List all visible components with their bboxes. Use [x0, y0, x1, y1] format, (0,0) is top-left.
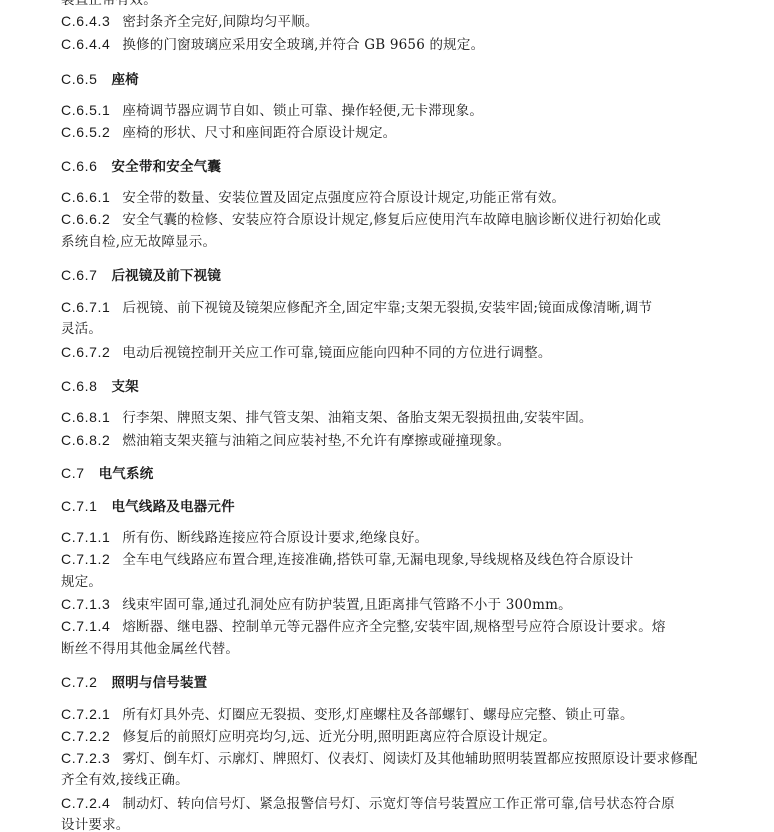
- clause-number: C.7.2.2: [61, 728, 110, 744]
- clause-c712-continuation: 规定。: [61, 573, 721, 591]
- clause-c711: C.7.1.1所有伤、断线路连接应符合原设计要求,绝缘良好。: [61, 528, 721, 547]
- clause-text: 线束牢固可靠,通过孔洞处应有防护装置,且距离排气管路不小于 300mm。: [122, 597, 571, 613]
- clause-number: C.7.1.4: [61, 618, 110, 634]
- clause-c721: C.7.2.1所有灯具外壳、灯圈应无裂损、变形,灯座螺柱及各部螺钉、螺母应完整、…: [61, 705, 721, 724]
- section-title: 支架: [111, 379, 138, 395]
- clause-text: 全车电气线路应布置合理,连接准确,搭铁可靠,无漏电现象,导线规格及线色符合原设计: [122, 552, 633, 568]
- clause-number: C.6.7.2: [61, 344, 110, 360]
- clause-text: 安全带的数量、安装位置及固定点强度应符合原设计规定,功能正常有效。: [122, 190, 565, 206]
- clause-c723: C.7.2.3雾灯、倒车灯、示廓灯、牌照灯、仪表灯、阅读灯及其他辅助照明装置都应…: [61, 749, 721, 768]
- clause-text: 安全气囊的检修、安装应符合原设计规定,修复后应使用汽车故障电脑诊断仪进行初始化或: [122, 212, 661, 228]
- section-number: C.6.7: [61, 267, 97, 283]
- clause-number: C.6.5.1: [61, 102, 110, 118]
- clause-text: 换修的门窗玻璃应采用安全玻璃,并符合 GB 9656 的规定。: [122, 37, 484, 53]
- clause-number: C.6.4.4: [61, 36, 110, 52]
- heading-c65: C.6.5座椅: [61, 70, 721, 89]
- clause-c671: C.6.7.1后视镜、前下视镜及镜架应修配齐全,固定牢靠;支架无裂损,安装牢固;…: [61, 298, 721, 317]
- clause-c722: C.7.2.2修复后的前照灯应明亮均匀,远、近光分明,照明距离应符合原设计规定。: [61, 727, 721, 746]
- clause-text: 制动灯、转向信号灯、紧急报警信号灯、示宽灯等信号装置应工作正常可靠,信号状态符合…: [122, 796, 675, 812]
- clause-number: C.6.4.3: [61, 13, 110, 29]
- section-title: 电气线路及电器元件: [111, 499, 234, 515]
- clause-number: C.7.2.3: [61, 750, 110, 766]
- clause-c661: C.6.6.1安全带的数量、安装位置及固定点强度应符合原设计规定,功能正常有效。: [61, 188, 721, 207]
- section-title: 电气系统: [99, 466, 154, 482]
- clause-text: 后视镜、前下视镜及镜架应修配齐全,固定牢靠;支架无裂损,安装牢固;镜面成像清晰,…: [122, 300, 652, 316]
- clause-c724-continuation: 设计要求。: [61, 816, 721, 832]
- clause-c671-continuation: 灵活。: [61, 320, 721, 338]
- clause-c662: C.6.6.2安全气囊的检修、安装应符合原设计规定,修复后应使用汽车故障电脑诊断…: [61, 210, 721, 229]
- clause-number: C.6.6.1: [61, 189, 110, 205]
- heading-c71: C.7.1电气线路及电器元件: [61, 497, 721, 516]
- clause-text: 修复后的前照灯应明亮均匀,远、近光分明,照明距离应符合原设计规定。: [122, 729, 556, 745]
- section-number: C.6.6: [61, 158, 97, 174]
- clause-c672: C.6.7.2电动后视镜控制开关应工作可靠,镜面应能向四种不同的方位进行调整。: [61, 343, 721, 362]
- clause-text: 座椅的形状、尺寸和座间距符合原设计规定。: [122, 125, 396, 141]
- heading-c67: C.6.7后视镜及前下视镜: [61, 266, 721, 285]
- section-number: C.7: [61, 465, 85, 481]
- clause-number: C.7.1.1: [61, 529, 110, 545]
- clause-c724: C.7.2.4制动灯、转向信号灯、紧急报警信号灯、示宽灯等信号装置应工作正常可靠…: [61, 794, 721, 813]
- clause-number: C.6.7.1: [61, 299, 110, 315]
- section-title: 后视镜及前下视镜: [111, 268, 221, 284]
- clause-number: C.6.8.1: [61, 409, 110, 425]
- clause-text: 电动后视镜控制开关应工作可靠,镜面应能向四种不同的方位进行调整。: [122, 345, 551, 361]
- clause-c652: C.6.5.2座椅的形状、尺寸和座间距符合原设计规定。: [61, 123, 721, 142]
- clause-number: C.6.6.2: [61, 211, 110, 227]
- section-number: C.7.1: [61, 498, 97, 514]
- clause-c714: C.7.1.4熔断器、继电器、控制单元等元器件应齐全完整,安装牢固,规格型号应符…: [61, 617, 721, 636]
- section-title: 座椅: [111, 72, 138, 88]
- clause-text: 熔断器、继电器、控制单元等元器件应齐全完整,安装牢固,规格型号应符合原设计要求。…: [122, 619, 665, 635]
- clause-text: 燃油箱支架夹箍与油箱之间应装衬垫,不允许有摩擦或碰撞现象。: [122, 433, 510, 449]
- section-number: C.6.5: [61, 71, 97, 87]
- clause-c682: C.6.8.2燃油箱支架夹箍与油箱之间应装衬垫,不允许有摩擦或碰撞现象。: [61, 431, 721, 450]
- heading-c72: C.7.2照明与信号装置: [61, 673, 721, 692]
- heading-c66: C.6.6安全带和安全气囊: [61, 157, 721, 176]
- clause-c714-continuation: 断丝不得用其他金属丝代替。: [61, 640, 721, 658]
- clause-number: C.7.1.2: [61, 551, 110, 567]
- section-number: C.6.8: [61, 378, 97, 394]
- clause-text: 所有灯具外壳、灯圈应无裂损、变形,灯座螺柱及各部螺钉、螺母应完整、锁止可靠。: [122, 707, 633, 723]
- section-title: 安全带和安全气囊: [111, 159, 221, 175]
- clause-number: C.7.1.3: [61, 596, 110, 612]
- clause-c644: C.6.4.4换修的门窗玻璃应采用安全玻璃,并符合 GB 9656 的规定。: [61, 35, 721, 54]
- clause-c723-continuation: 齐全有效,接线正确。: [61, 771, 721, 789]
- clause-text: 雾灯、倒车灯、示廓灯、牌照灯、仪表灯、阅读灯及其他辅助照明装置都应按照原设计要求…: [122, 751, 697, 767]
- clause-text: 密封条齐全完好,间隙均匀平顺。: [122, 14, 318, 30]
- clause-number: C.6.5.2: [61, 124, 110, 140]
- clause-text: 行李架、牌照支架、排气管支架、油箱支架、备胎支架无裂损扭曲,安装牢固。: [122, 410, 592, 426]
- clause-number: C.6.8.2: [61, 432, 110, 448]
- clause-text: 所有伤、断线路连接应符合原设计要求,绝缘良好。: [122, 530, 428, 546]
- clause-c651: C.6.5.1座椅调节器应调节自如、锁止可靠、操作轻便,无卡滞现象。: [61, 101, 721, 120]
- clause-c713: C.7.1.3线束牢固可靠,通过孔洞处应有防护装置,且距离排气管路不小于 300…: [61, 595, 721, 614]
- clause-text: 座椅调节器应调节自如、锁止可靠、操作轻便,无卡滞现象。: [122, 103, 483, 119]
- clause-c681: C.6.8.1行李架、牌照支架、排气管支架、油箱支架、备胎支架无裂损扭曲,安装牢…: [61, 408, 721, 427]
- clause-number: C.7.2.1: [61, 706, 110, 722]
- clause-number: C.7.2.4: [61, 795, 110, 811]
- section-number: C.7.2: [61, 674, 97, 690]
- document-page: 装置正常有效。 C.6.4.3密封条齐全完好,间隙均匀平顺。 C.6.4.4换修…: [0, 0, 774, 832]
- continuation-text: 装置正常有效。: [61, 0, 721, 9]
- section-title: 照明与信号装置: [111, 675, 207, 691]
- clause-c643: C.6.4.3密封条齐全完好,间隙均匀平顺。: [61, 12, 721, 31]
- heading-c68: C.6.8支架: [61, 377, 721, 396]
- heading-c7: C.7电气系统: [61, 464, 721, 483]
- clause-c712: C.7.1.2全车电气线路应布置合理,连接准确,搭铁可靠,无漏电现象,导线规格及…: [61, 550, 721, 569]
- clause-c662-continuation: 系统自检,应无故障显示。: [61, 233, 721, 251]
